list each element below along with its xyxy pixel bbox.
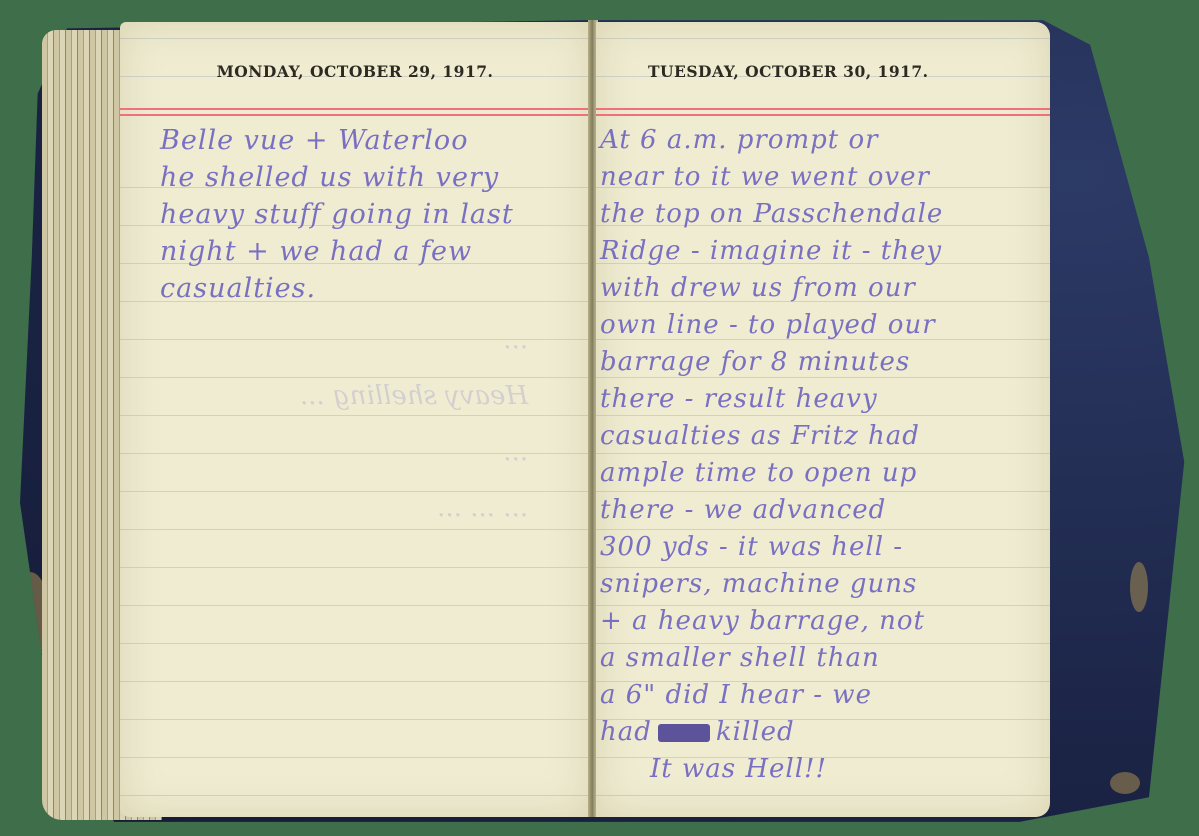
entry-line-closing: It was Hell!! <box>600 751 943 788</box>
red-margin-rule <box>120 108 590 110</box>
date-header-left: MONDAY, OCTOBER 29, 1917. <box>120 62 590 81</box>
diary-page-right: TUESDAY, OCTOBER 30, 1917. At 6 a.m. pro… <box>596 22 1050 817</box>
entry-line: he shelled us with very <box>160 159 514 196</box>
entry-line: Ridge - imagine it - they <box>600 233 943 270</box>
entry-line: 300 yds - it was hell - <box>600 529 943 566</box>
entry-line: own line - to played our <box>600 307 943 344</box>
entry-line: a 6" did I hear - we <box>600 677 943 714</box>
handwritten-entry-right: At 6 a.m. prompt or near to it we went o… <box>600 122 943 788</box>
cover-stain <box>1130 562 1148 612</box>
entry-line: ample time to open up <box>600 455 943 492</box>
entry-line: there - result heavy <box>600 381 943 418</box>
entry-line: casualties as Fritz had <box>600 418 943 455</box>
entry-line: Belle vue + Waterloo <box>160 122 514 159</box>
entry-line: night + we had a few <box>160 233 514 270</box>
entry-line: with drew us from our <box>600 270 943 307</box>
bleed-through-text: ... Heavy shelling ... ... ... ... ... <box>300 312 528 536</box>
entry-line-redacted: hadkilled <box>600 714 943 751</box>
cover-stain <box>1150 242 1164 256</box>
entry-line: + a heavy barrage, not <box>600 603 943 640</box>
ink-blot-redaction <box>658 724 710 742</box>
entry-line: snipers, machine guns <box>600 566 943 603</box>
entry-line: heavy stuff going in last <box>160 196 514 233</box>
red-margin-rule <box>120 114 590 116</box>
red-margin-rule <box>596 114 1050 116</box>
red-margin-rule <box>596 108 1050 110</box>
entry-line: At 6 a.m. prompt or <box>600 122 943 159</box>
cover-stain <box>1110 772 1140 794</box>
entry-line: a smaller shell than <box>600 640 943 677</box>
entry-line: casualties. <box>160 270 514 307</box>
date-header-right: TUESDAY, OCTOBER 30, 1917. <box>596 62 1050 81</box>
entry-line: barrage for 8 minutes <box>600 344 943 381</box>
handwritten-entry-left: Belle vue + Waterloo he shelled us with … <box>160 122 514 307</box>
diary-page-left: MONDAY, OCTOBER 29, 1917. ... Heavy shel… <box>120 22 590 817</box>
entry-line: near to it we went over <box>600 159 943 196</box>
entry-line: there - we advanced <box>600 492 943 529</box>
entry-line: the top on Passchendale <box>600 196 943 233</box>
